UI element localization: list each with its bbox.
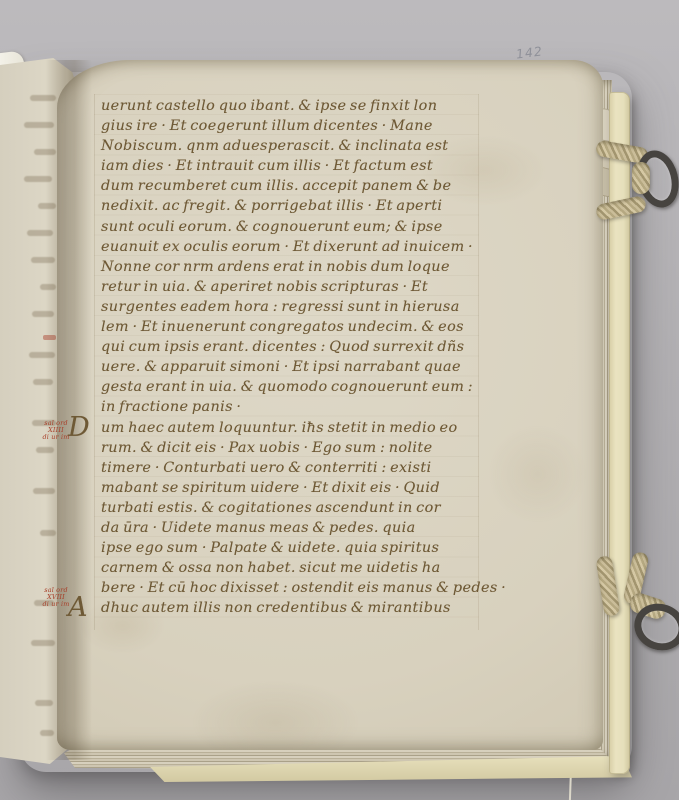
manuscript-line: sunt oculi eorum. & cognouerunt eum; & i… <box>101 217 481 237</box>
manuscript-line: bere · Et cū hoc dixisset : ostendit eis… <box>101 578 481 598</box>
facing-page-text-fragment <box>33 488 55 494</box>
line-text: gesta erant in uia. & quomodo cognouerun… <box>101 379 473 395</box>
manuscript-line: retur in uia. & aperiret nobis scriptura… <box>101 277 481 297</box>
manuscript-line: carnem & ossa non habet. sicut me uideti… <box>101 558 481 578</box>
manuscript-line: turbati estis. & cogitationes ascendunt … <box>101 498 481 518</box>
line-text: rum. & dicit eis · Pax uobis · Ego sum :… <box>101 440 433 456</box>
line-text: uerunt castello quo ibant. & ipse se fin… <box>101 98 437 114</box>
manuscript-line: ipse ego sum · Palpate & uidete. quia sp… <box>101 538 481 558</box>
manuscript-line: mabant se spiritum uidere · Et dixit eis… <box>101 478 481 498</box>
clasp-upper <box>598 136 672 240</box>
facing-page-text-fragment <box>29 352 55 358</box>
facing-page-text-fragment <box>31 640 55 646</box>
facing-page-text-fragment <box>32 311 54 317</box>
manuscript-line: gius ire · Et coegerunt illum dicentes ·… <box>101 116 481 136</box>
manuscript-line: rum. & dicit eis · Pax uobis · Ego sum :… <box>101 438 481 458</box>
line-text: timere · Conturbati uero & conterriti : … <box>101 460 432 476</box>
line-text: turbati estis. & cogitationes ascendunt … <box>101 500 441 516</box>
line-text: qui cum ipsis erant. dicentes : Quod sur… <box>101 339 464 355</box>
clasp-strap <box>595 195 647 221</box>
line-text: um haec autem loquuntur. iħs stetit in m… <box>101 420 458 436</box>
manuscript-line: timere · Conturbati uero & conterriti : … <box>101 458 481 478</box>
folio-number: 142 <box>515 43 543 61</box>
facing-page-text-fragment <box>36 447 54 453</box>
line-text: Nobiscum. qnm aduesperascit. & inclinata… <box>101 138 449 154</box>
manuscript-line: dum recumberet cum illis. accepit panem … <box>101 176 481 196</box>
facing-page-text-fragment <box>38 203 56 209</box>
rubric-line: di ur im <box>37 601 75 608</box>
line-text: in fractione panis · <box>101 399 241 415</box>
manuscript-line: in fractione panis · <box>101 397 481 417</box>
marginal-rubric: sal ord XVIII di ur im <box>37 587 75 609</box>
facing-page-text-fragment <box>24 176 52 182</box>
facing-page-red-fragment <box>43 335 56 340</box>
line-text: mabant se spiritum uidere · Et dixit eis… <box>101 480 440 496</box>
clasp-knot <box>632 162 650 194</box>
facing-page-text-fragment <box>40 284 56 290</box>
line-text: Nonne cor nrm ardens erat in nobis dum l… <box>101 259 450 275</box>
line-text: sunt oculi eorum. & cognouerunt eum; & i… <box>101 219 443 235</box>
manuscript-line: Nonne cor nrm ardens erat in nobis dum l… <box>101 257 481 277</box>
manuscript-line: euanuit ex oculis eorum · Et dixerunt ad… <box>101 237 481 257</box>
facing-page-text-fragment <box>40 530 56 536</box>
line-text: carnem & ossa non habet. sicut me uideti… <box>101 560 441 576</box>
text-block: uerunt castello quo ibant. & ipse se fin… <box>101 96 481 618</box>
manuscript-line: qui cum ipsis erant. dicentes : Quod sur… <box>101 337 481 357</box>
facing-page-text-fragment <box>31 257 55 263</box>
clasp-lower <box>596 552 674 664</box>
manuscript-line: Nobiscum. qnm aduesperascit. & inclinata… <box>101 136 481 156</box>
line-text: dum recumberet cum illis. accepit panem … <box>101 178 451 194</box>
facing-page-text-fragment <box>35 700 53 706</box>
line-text: surgentes eadem hora : regressi sunt in … <box>101 299 460 315</box>
line-text: iam dies · Et intrauit cum illis · Et fa… <box>101 158 433 174</box>
manuscript-line: gesta erant in uia. & quomodo cognouerun… <box>101 377 481 397</box>
line-text: retur in uia. & aperiret nobis scriptura… <box>101 279 428 295</box>
facing-page-text-fragment <box>34 149 56 155</box>
manuscript-line: nedixit. ac fregit. & porrigebat illis ·… <box>101 196 481 216</box>
facing-page-text-fragment <box>30 95 56 101</box>
facing-page-text-fragment <box>40 730 54 736</box>
manuscript-line: lem · Et inuenerunt congregatos undecim.… <box>101 317 481 337</box>
manuscript-line: iam dies · Et intrauit cum illis · Et fa… <box>101 156 481 176</box>
line-text: gius ire · Et coegerunt illum dicentes ·… <box>101 118 433 134</box>
facing-page-text-fragment <box>33 379 53 385</box>
manuscript-line: uerunt castello quo ibant. & ipse se fin… <box>101 96 481 116</box>
manuscript-line: surgentes eadem hora : regressi sunt in … <box>101 297 481 317</box>
marginal-rubric: sal ord XIIII di ur im <box>35 420 77 442</box>
line-text: euanuit ex oculis eorum · Et dixerunt ad… <box>101 239 473 255</box>
line-text: bere · Et cū hoc dixisset : ostendit eis… <box>101 580 506 596</box>
line-text: ipse ego sum · Palpate & uidete. quia sp… <box>101 540 439 556</box>
facing-page-text-fragment <box>27 230 53 236</box>
facing-page-text-fragment <box>24 122 54 128</box>
manuscript-line: Dum haec autem loquuntur. iħs stetit in … <box>101 418 481 438</box>
line-text: da ūra · Uidete manus meas & pedes. quia <box>101 520 416 536</box>
rubric-line: di ur im <box>35 434 77 441</box>
line-text: dhuc autem illis non credentibus & miran… <box>101 600 451 616</box>
clasp-strap <box>595 555 620 617</box>
line-text: uere. & apparuit simoni · Et ipsi narrab… <box>101 359 461 375</box>
manuscript-line: Adhuc autem illis non credentibus & mira… <box>101 598 481 618</box>
line-text: nedixit. ac fregit. & porrigebat illis ·… <box>101 198 442 214</box>
line-text: lem · Et inuenerunt congregatos undecim.… <box>101 319 464 335</box>
manuscript-line: da ūra · Uidete manus meas & pedes. quia <box>101 518 481 538</box>
manuscript-line: uere. & apparuit simoni · Et ipsi narrab… <box>101 357 481 377</box>
